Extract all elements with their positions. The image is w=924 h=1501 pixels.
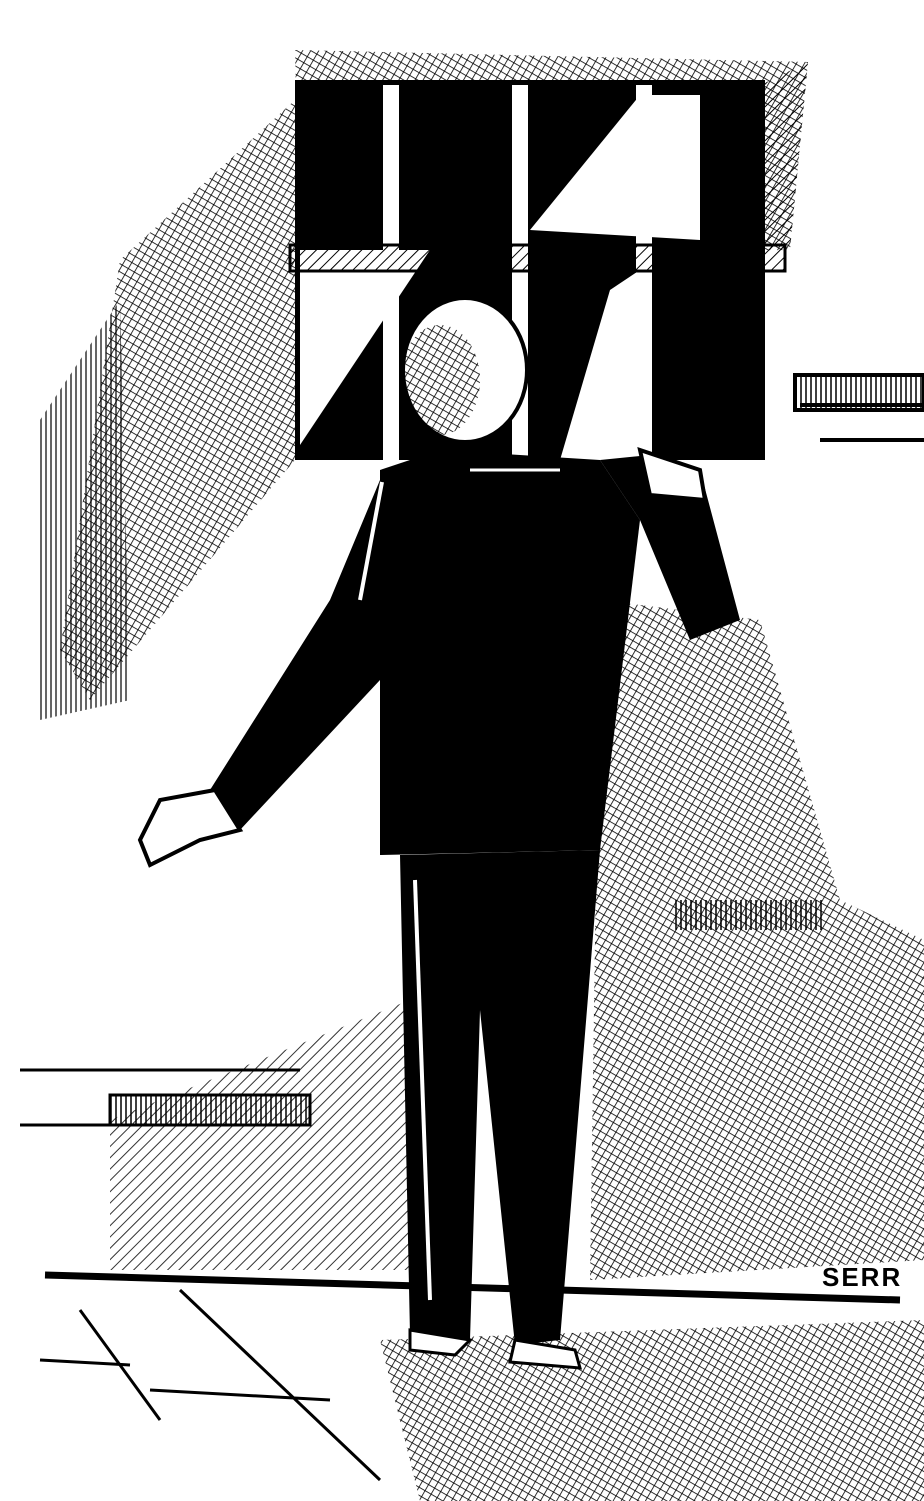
lower-left-wall	[20, 1000, 420, 1270]
floor	[40, 1275, 924, 1501]
barred-window	[290, 50, 808, 460]
artist-signature: SERR	[822, 1262, 902, 1293]
prison-cell-drawing	[0, 0, 924, 1501]
right-wall-bricks	[795, 375, 924, 440]
illustration: SERR	[0, 0, 924, 1501]
right-shadow-hatching	[590, 600, 924, 1280]
left-wall-hatching	[40, 100, 295, 720]
